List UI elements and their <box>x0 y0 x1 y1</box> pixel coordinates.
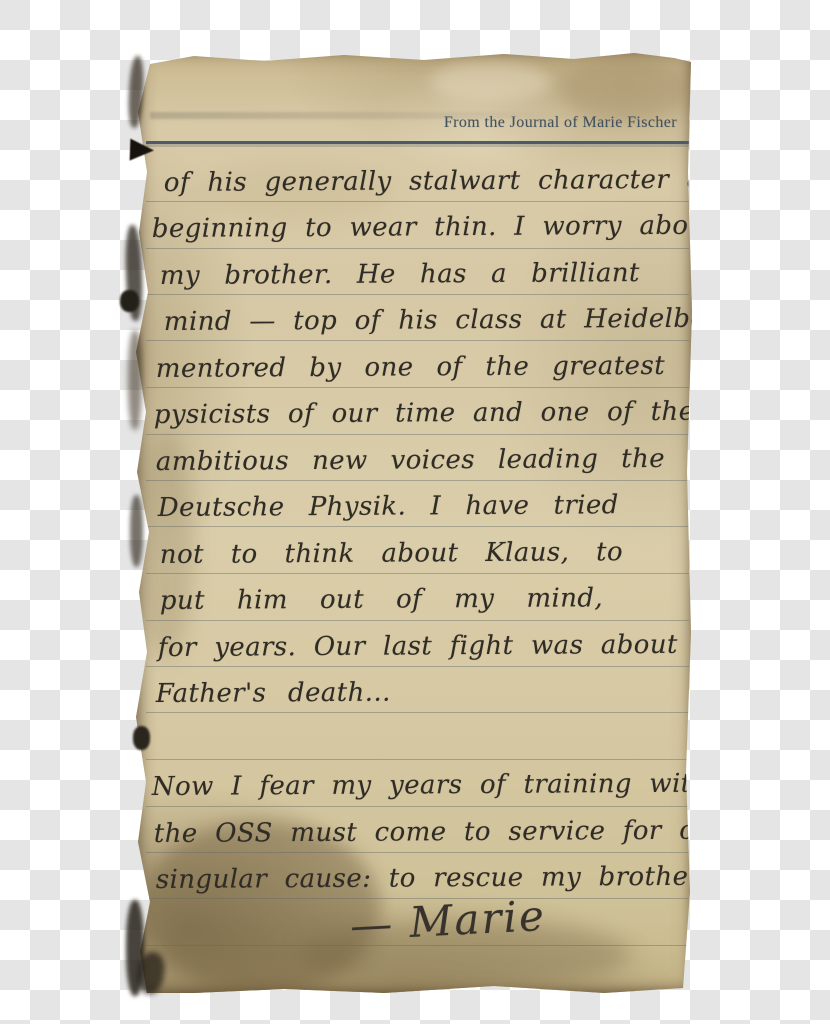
torn-edge-mark <box>130 495 143 567</box>
journal-line: ambitious new voices leading the <box>156 434 665 483</box>
signature: — Marie <box>349 885 548 955</box>
journal-line: for years. Our last fight was about <box>158 620 678 669</box>
paper-stain <box>430 62 550 102</box>
journal-line: the OSS must come to service for one <box>154 805 729 855</box>
transparency-canvas: From the Journal of Marie Fischer of his… <box>0 0 830 1024</box>
torn-edge-mark <box>120 290 139 312</box>
torn-edge-mark <box>128 330 142 430</box>
journal-line: mind — top of his class at Heidelberg, <box>164 293 745 343</box>
paper-stain <box>560 58 690 122</box>
journal-line: put him out of my mind, <box>160 573 603 622</box>
header-divider-line <box>146 141 690 144</box>
journal-line: of his generally stalwart character are <box>164 155 732 204</box>
journal-line: mentored by one of the greatest <box>156 341 665 390</box>
journal-line: my brother. He has a brilliant <box>160 248 640 297</box>
journal-line: Father's death... <box>156 668 391 715</box>
journal-line: not to think about Klaus, to <box>160 527 623 576</box>
journal-line: Now I fear my years of training with <box>152 759 709 808</box>
journal-header-title: From the Journal of Marie Fischer <box>444 114 677 132</box>
journal-line: beginning to wear thin. I worry about <box>152 201 717 250</box>
journal-page: From the Journal of Marie Fischer of his… <box>134 52 692 993</box>
journal-line: pysicists of our time and one of the <box>154 387 695 436</box>
journal-line: Deutsche Physik. I have tried <box>158 480 619 529</box>
torn-edge-mark <box>133 726 150 750</box>
binding-arrow-icon <box>130 139 155 162</box>
